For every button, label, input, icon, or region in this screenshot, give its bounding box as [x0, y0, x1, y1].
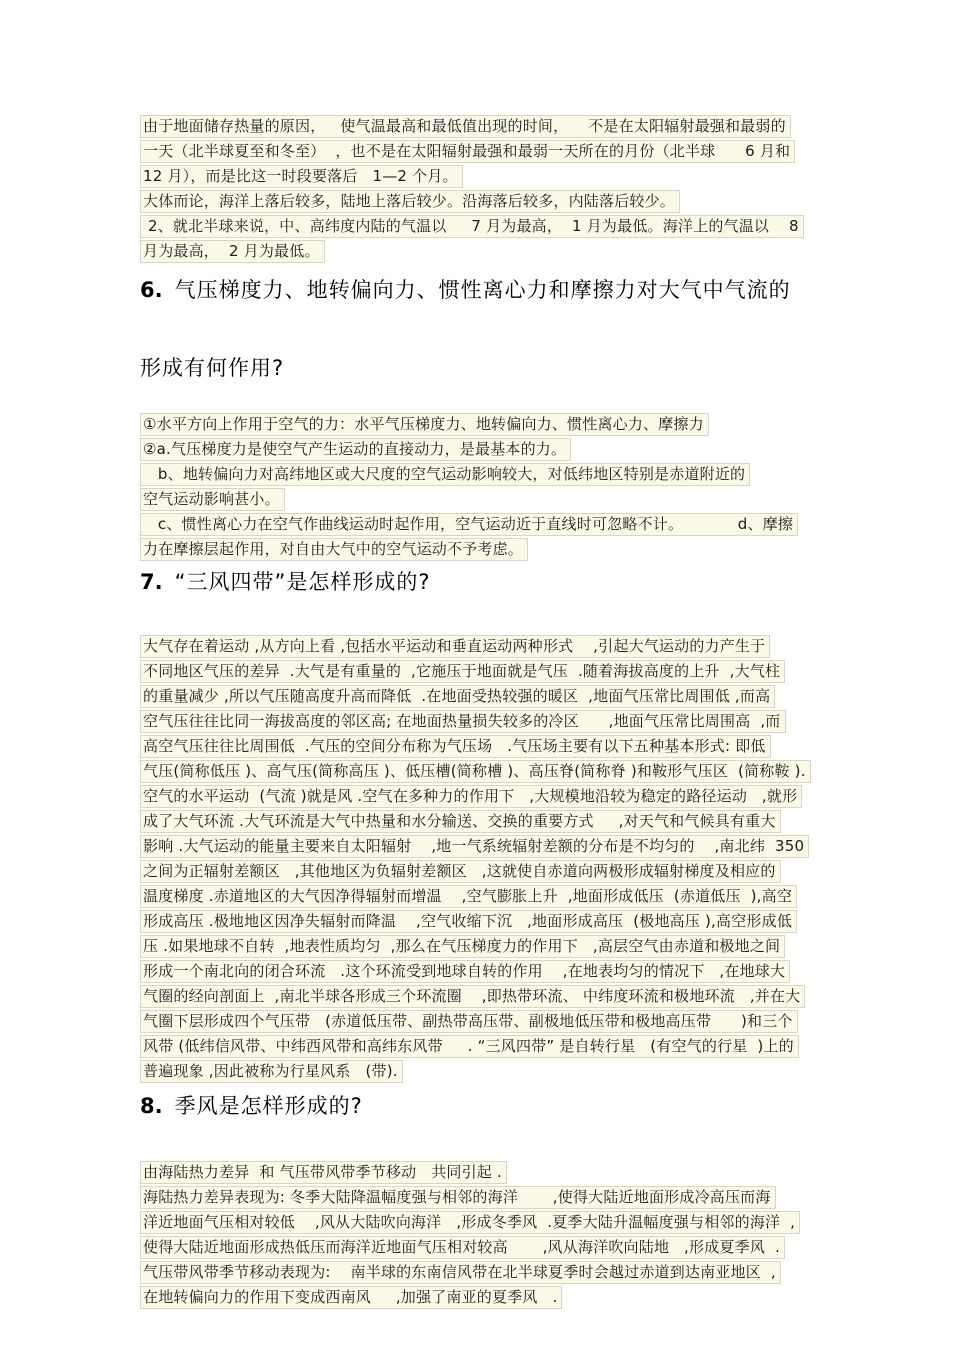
text-line: 空气的水平运动 (气流 )就是风 .空气在多种力的作用下 ,大规模地沿较为稳定的… — [140, 785, 802, 808]
text-line: 空气压往往比同一海拔高度的邻区高; 在地面热量损失较多的冷区 ,地面气压常比周围… — [140, 710, 786, 733]
text-line: 在地转偏向力的作用下变成西南风 ,加强了南亚的夏季风 . — [140, 1286, 562, 1309]
text-line: 海陆热力差异表现为: 冬季大陆降温幅度强与相邻的海洋 ,使得大陆近地面形成冷高压… — [140, 1186, 776, 1209]
question-7-title: “三风四带”是怎样形成的? — [175, 570, 431, 594]
document-page: 由于地面储存热量的原因， 使气温最高和最低值出现的时间， 不是在太阳辐射最强和最… — [0, 0, 956, 1353]
text-line: 压 .如果地球不自转 ,地表性质均匀 ,那么在气压梯度力的作用下 ,高层空气由赤… — [140, 935, 785, 958]
question-8-title: 季风是怎样形成的? — [175, 1094, 363, 1118]
question-7-heading: 7.“三风四带”是怎样形成的? — [140, 567, 820, 627]
text-line: b、地转偏向力对高纬地区或大尺度的空气运动影响较大，对低纬地区特别是赤道附近的 — [140, 463, 750, 486]
question-8-answer: 由海陆热力差异 和 气压带风带季节移动 共同引起 .海陆热力差异表现为: 冬季大… — [140, 1161, 820, 1309]
text-line: 大体而论，海洋上落后较多，陆地上落后较少。沿海落后较多，内陆落后较少。 — [140, 190, 680, 213]
question-6-heading: 6.气压梯度力、地转偏向力、惯性离心力和摩擦力对大气中气流的 — [140, 275, 820, 335]
text-line: 洋近地面气压相对较低 ,风从大陆吹向海洋 ,形成冬季风 .夏季大陆升温幅度强与相… — [140, 1211, 800, 1234]
text-line: 力在摩擦层起作用，对自由大气中的空气运动不予考虑。 — [140, 538, 528, 561]
question-7-number: 7. — [140, 570, 163, 594]
text-line: 气压带风带季节移动表现为: 南半球的东南信风带在北半球夏季时会越过赤道到达南亚地… — [140, 1261, 781, 1284]
text-line: 气圈下层形成四个气压带 (赤道低压带、副热带高压带、副极地低压带和极地高压带 )… — [140, 1010, 798, 1033]
text-line: ①水平方向上作用于空气的力：水平气压梯度力、地转偏向力、惯性离心力、摩擦力 — [140, 413, 709, 436]
question-6-answer: ①水平方向上作用于空气的力：水平气压梯度力、地转偏向力、惯性离心力、摩擦力②a.… — [140, 413, 820, 561]
text-line: 普遍现象 ,因此被称为行星风系 (带). — [140, 1060, 403, 1083]
text-line: 使得大陆近地面形成热低压而海洋近地面气压相对较高 ,风从海洋吹向陆地 ,形成夏季… — [140, 1236, 785, 1259]
text-line: 的重量减少 ,所以气压随高度升高而降低 .在地面受热较强的暖区 ,地面气压常比周… — [140, 685, 775, 708]
text-line: 不同地区气压的差异 .大气是有重量的 ,它施压于地面就是气压 .随着海拔高度的上… — [140, 660, 785, 683]
text-line: 一天（北半球夏至和冬至） ，也不是在太阳辐射最强和最弱一天所在的月份（北半球 6… — [140, 140, 795, 163]
text-line: 高空气压往往比周围低 .气压的空间分布称为气压场 .气压场主要有以下五种基本形式… — [140, 735, 771, 758]
text-line: 由于地面储存热量的原因， 使气温最高和最低值出现的时间， 不是在太阳辐射最强和最… — [140, 115, 791, 138]
text-line: 之间为正辐射差额区 ,其他地区为负辐射差额区 ,这就使自赤道向两极形成辐射梯度及… — [140, 860, 781, 883]
text-line: 影响 .大气运动的能量主要来自太阳辐射 ,地一气系统辐射差额的分布是不均匀的 ,… — [140, 835, 809, 858]
question-8-heading: 8.季风是怎样形成的? — [140, 1091, 820, 1151]
text-line: 12 月），而是比这一时段要落后 1—2 个月。 — [140, 165, 463, 188]
question-7-answer: 大气存在着运动 ,从方向上看 ,包括水平运动和垂直运动两种形式 ,引起大气运动的… — [140, 635, 820, 1083]
text-line: 空气运动影响甚小。 — [140, 488, 285, 511]
text-line: 2、就北半球来说，中、高纬度内陆的气温以 7 月为最高， 1 月为最低。海洋上的… — [140, 215, 804, 238]
question-6-number: 6. — [140, 278, 163, 302]
text-line: 气圈的经向剖面上 ,南北半球各形成三个环流圈 ,即热带环流、 中纬度环流和极地环… — [140, 985, 805, 1008]
text-line: 大气存在着运动 ,从方向上看 ,包括水平运动和垂直运动两种形式 ,引起大气运动的… — [140, 635, 770, 658]
text-line: 形成高压 .极地地区因净失辐射而降温 ,空气收缩下沉 ,地面形成高压 (极地高压… — [140, 910, 797, 933]
question-8-number: 8. — [140, 1094, 163, 1118]
question-6-title-line2: 形成有何作用? — [140, 356, 284, 380]
text-line: 温度梯度 .赤道地区的大气因净得辐射而增温 ,空气膨胀上升 ,地面形成低压 (赤… — [140, 885, 797, 908]
text-line: 风带 (低纬信风带、中纬西风带和高纬东风带 . “三风四带” 是自转行星 (有空… — [140, 1035, 799, 1058]
text-line: c、惯性离心力在空气作曲线运动时起作用，空气运动近于直线时可忽略不计。 d、摩擦 — [140, 513, 798, 536]
text-line: ②a.气压梯度力是使空气产生运动的直接动力，是最基本的力。 — [140, 438, 571, 461]
text-line: 成了大气环流 .大气环流是大气中热量和水分输送、交换的重要方式 ,对天气和气候具… — [140, 810, 781, 833]
document-content: 由于地面储存热量的原因， 使气温最高和最低值出现的时间， 不是在太阳辐射最强和最… — [0, 0, 820, 1309]
question-6-heading-line2: 形成有何作用? — [140, 353, 820, 413]
text-line: 形成一个南北向的闭合环流 .这个环流受到地球自转的作用 ,在地表均匀的情况下 ,… — [140, 960, 790, 983]
intro-paragraph: 由于地面储存热量的原因， 使气温最高和最低值出现的时间， 不是在太阳辐射最强和最… — [140, 115, 820, 263]
text-line: 月为最高， 2 月为最低。 — [140, 240, 325, 263]
text-line: 气压(简称低压 )、高气压(简称高压 )、低压槽(简称槽 )、高压脊(简称脊 )… — [140, 760, 811, 783]
text-line: 由海陆热力差异 和 气压带风带季节移动 共同引起 . — [140, 1161, 507, 1184]
question-6-title-line1: 气压梯度力、地转偏向力、惯性离心力和摩擦力对大气中气流的 — [175, 278, 791, 302]
